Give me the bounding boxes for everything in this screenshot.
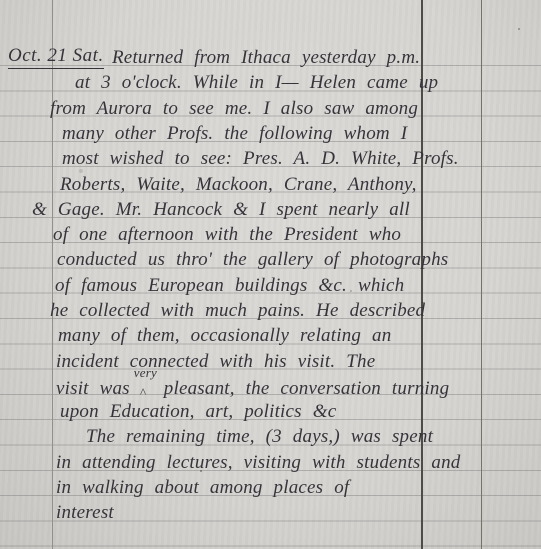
handwriting-line: most wished to see: Pres. A. D. White, P… bbox=[62, 146, 459, 171]
handwriting-line: many of them, occasionally relating an bbox=[58, 323, 391, 348]
handwriting-line: Returned from Ithaca yesterday p.m. bbox=[112, 45, 420, 70]
handwriting-line: he collected with much pains. He describ… bbox=[50, 298, 425, 323]
handwriting-line: The remaining time, (3 days,) was spent bbox=[86, 424, 433, 449]
handwriting-line: many other Profs. the following whom I bbox=[62, 121, 407, 146]
inserted-word: very^ bbox=[132, 374, 162, 394]
handwriting-line: upon Education, art, politics &c bbox=[60, 399, 336, 424]
entry-date: Oct. 21 Sat. bbox=[8, 45, 104, 69]
handwriting-line: from Aurora to see me. I also saw among bbox=[50, 96, 418, 121]
line-text-after-insertion: pleasant, the conversation turning bbox=[164, 378, 450, 399]
handwriting-line: in attending lectures, visiting with stu… bbox=[56, 450, 461, 475]
line-text-before-insertion: visit was bbox=[56, 378, 130, 399]
handwriting-line: incident connected with his visit. The bbox=[56, 349, 375, 374]
handwriting-line-with-insertion: visit wasvery^pleasant, the conversation… bbox=[56, 374, 449, 399]
handwriting-line: in walking about among places of bbox=[56, 475, 349, 500]
diary-page: Oct. 21 Sat. Returned from Ithaca yester… bbox=[0, 0, 541, 549]
left-margin-line bbox=[52, 0, 53, 549]
handwriting-line: of famous European buildings &c. which bbox=[55, 273, 404, 298]
handwriting-line: at 3 o'clock. While in I— Helen came up bbox=[75, 70, 438, 95]
handwriting-line: of one afternoon with the President who bbox=[53, 222, 401, 247]
handwriting-line: Roberts, Waite, Mackoon, Crane, Anthony, bbox=[60, 172, 417, 197]
handwriting-line: & Gage. Mr. Hancock & I spent nearly all bbox=[32, 197, 410, 222]
right-column-line-light bbox=[481, 0, 482, 549]
handwriting-line: interest bbox=[56, 500, 114, 525]
handwriting-line: conducted us thro' the gallery of photog… bbox=[57, 247, 448, 272]
